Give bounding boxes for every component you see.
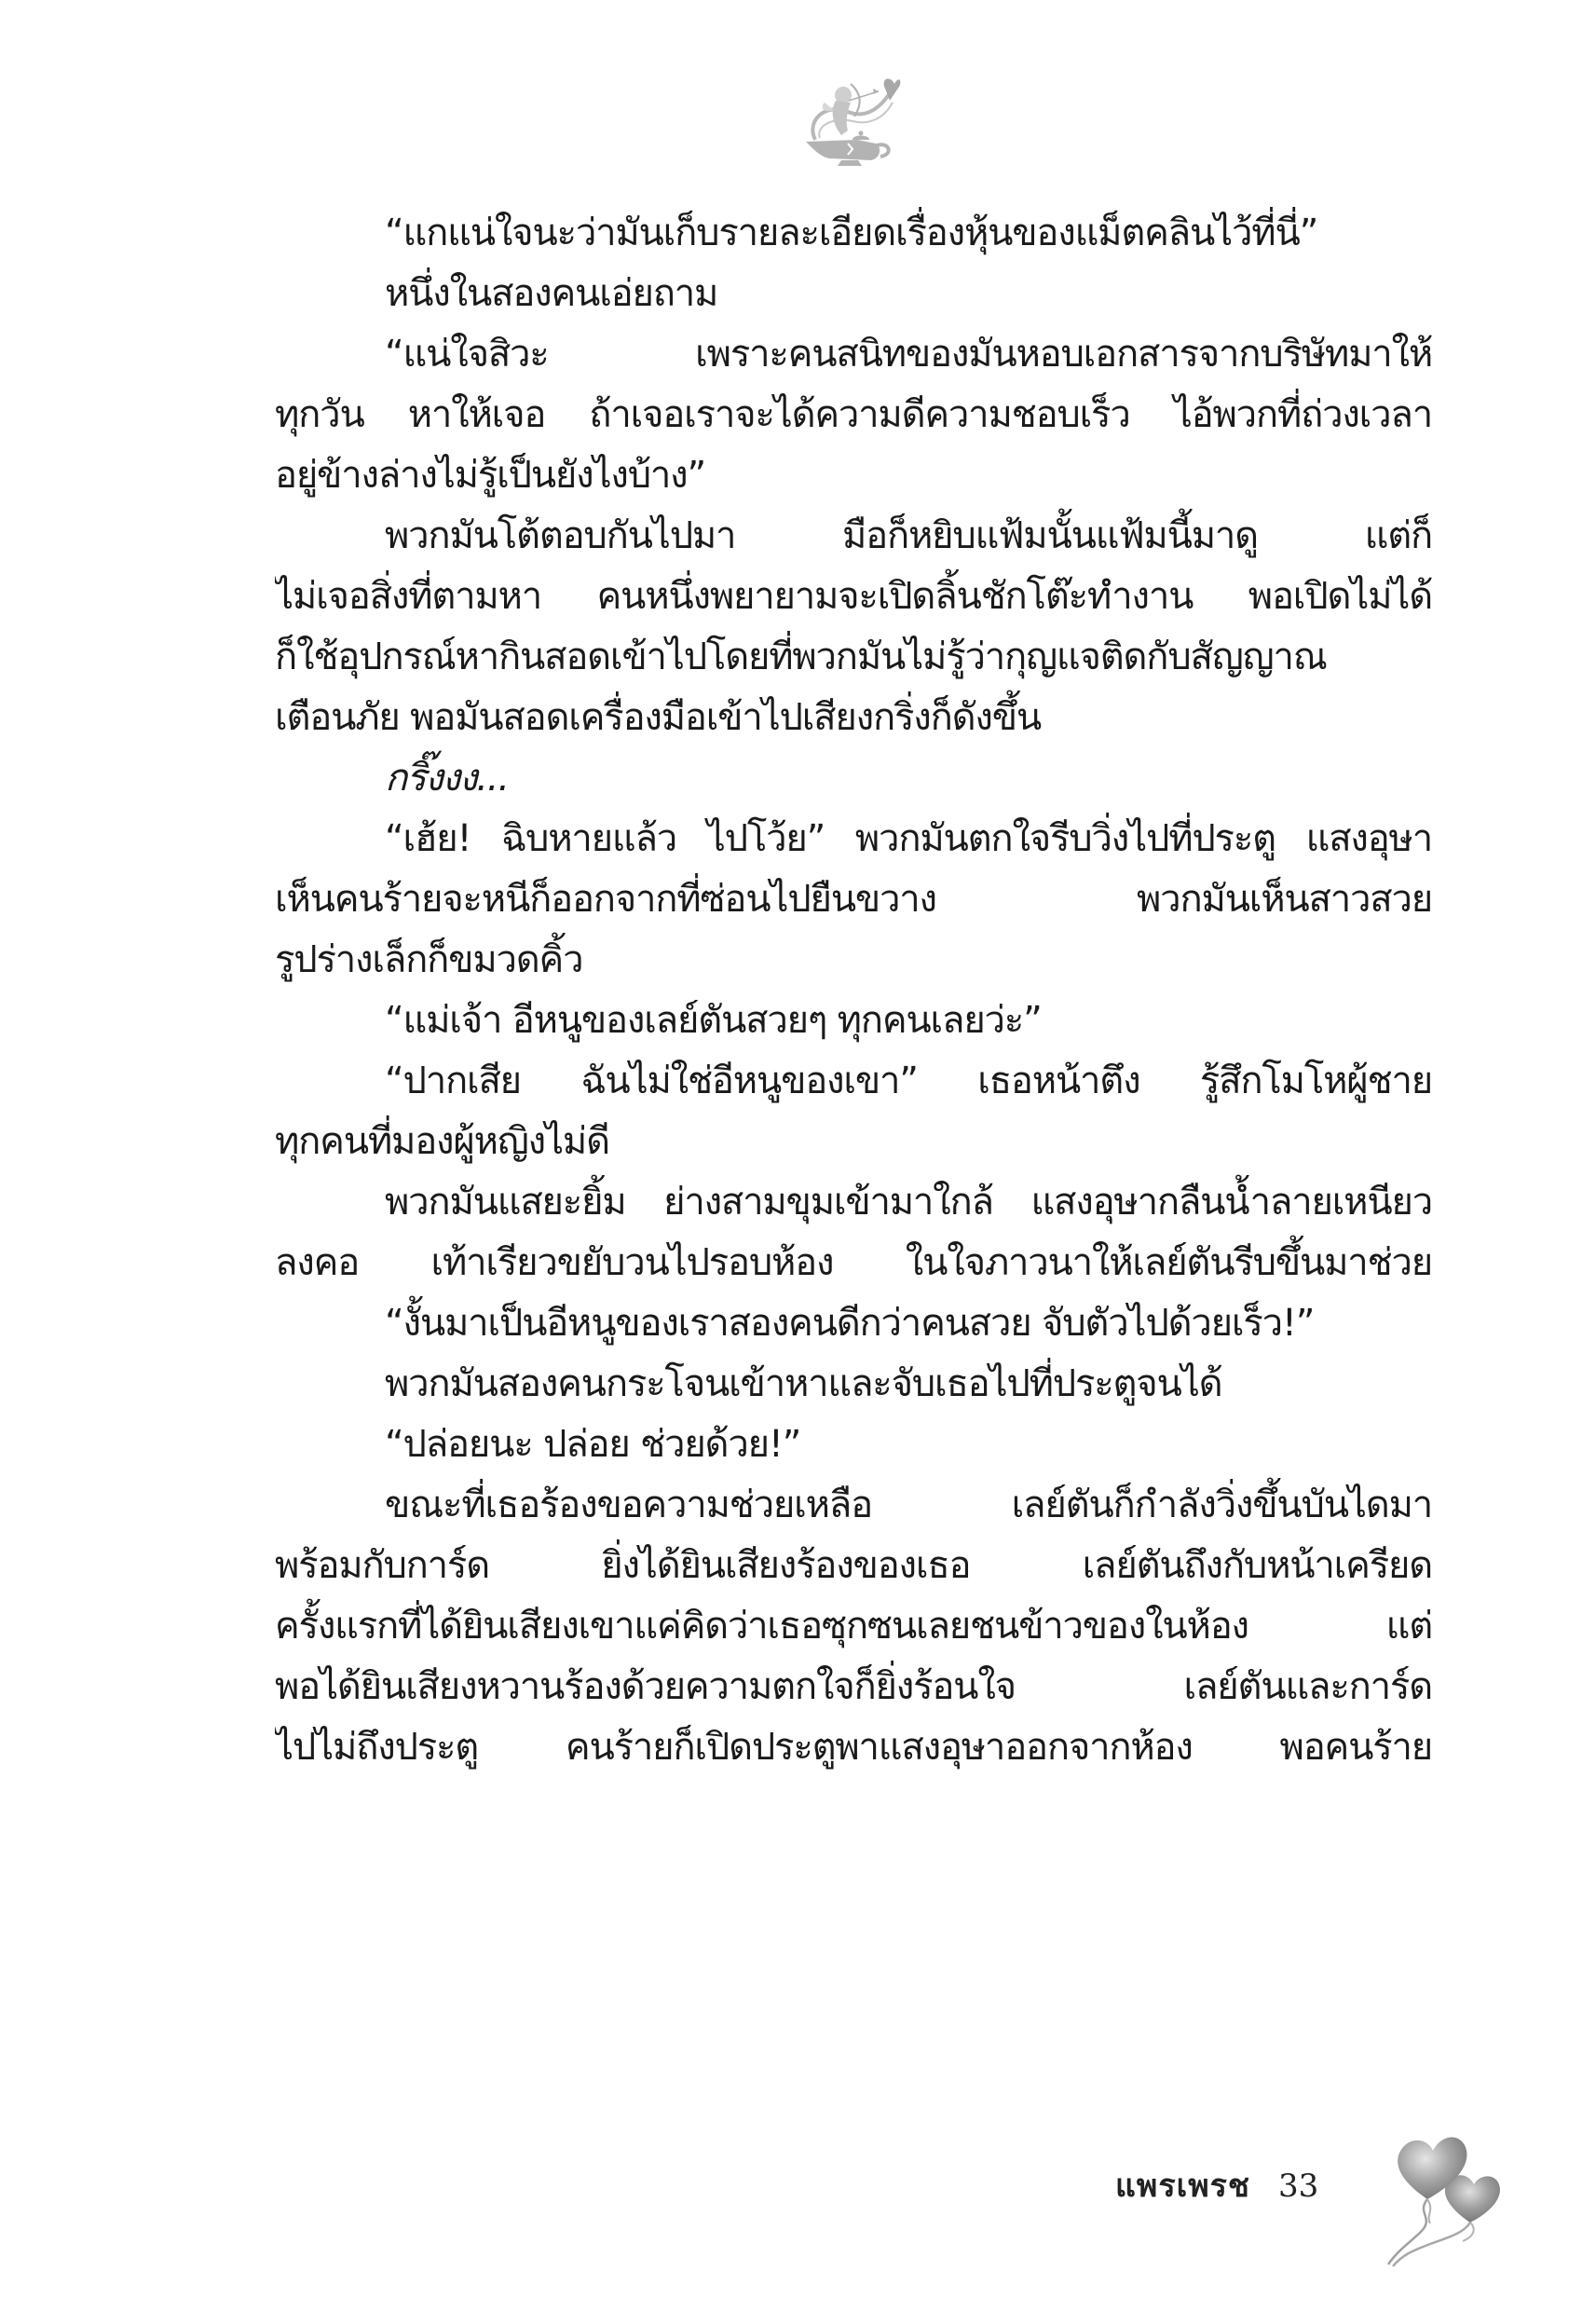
- book-title: แพรเพรช: [1115, 2160, 1250, 2210]
- text-line: ทุกคนที่มองผู้หญิงไม่ดี: [275, 1112, 1432, 1172]
- text-line: พวกมันโต้ตอบกันไปมา มือก็หยิบแฟ้มนั้นแฟ้…: [275, 506, 1432, 567]
- text-line: “แม่เจ้า อีหนูของเลย์ตันสวยๆ ทุกคนเลยว่ะ…: [275, 991, 1432, 1051]
- text-line: “ปล่อยนะ ปล่อย ช่วยด้วย!”: [275, 1415, 1432, 1475]
- text-line: ลงคอ เท้าเรียวขยับวนไปรอบห้อง ในใจภาวนาใ…: [275, 1233, 1432, 1293]
- page-footer: แพรเพรช 33: [1115, 2160, 1318, 2210]
- text-line: “งั้นมาเป็นอีหนูของเราสองคนดีกว่าคนสวย จ…: [275, 1293, 1432, 1354]
- text-line: พวกมันแสยะยิ้ม ย่างสามขุมเข้ามาใกล้ แสงอ…: [275, 1172, 1432, 1233]
- page-number: 33: [1278, 2167, 1318, 2205]
- text-line: “เฮ้ย! ฉิบหายแล้ว ไปโว้ย” พวกมันตกใจรีบว…: [275, 809, 1432, 869]
- text-line: ครั้งแรกที่ได้ยินเสียงเขาแค่คิดว่าเธอซุก…: [275, 1596, 1432, 1657]
- text-line: เห็นคนร้ายจะหนีก็ออกจากที่ซ่อนไปยืนขวาง …: [275, 869, 1432, 930]
- text-line: “แกแน่ใจนะว่ามันเก็บรายละเอียดเรื่องหุ้น…: [275, 203, 1432, 264]
- cupid-genie-lamp-icon: [797, 65, 908, 168]
- body-text: “แกแน่ใจนะว่ามันเก็บรายละเอียดเรื่องหุ้น…: [275, 203, 1432, 1778]
- text-line: พอได้ยินเสียงหวานร้องด้วยความตกใจก็ยิ่งร…: [275, 1657, 1432, 1717]
- heart-balloons-icon: [1360, 2125, 1509, 2274]
- text-line: ทุกวัน หาให้เจอ ถ้าเจอเราจะได้ความดีความ…: [275, 385, 1432, 445]
- text-line: ก็ใช้อุปกรณ์หากินสอดเข้าไปโดยที่พวกมันไม…: [275, 627, 1432, 688]
- text-line: อยู่ข้างล่างไม่รู้เป็นยังไงบ้าง”: [275, 445, 1432, 506]
- text-line: หนึ่งในสองคนเอ่ยถาม: [275, 264, 1432, 324]
- text-line: “ปากเสีย ฉันไม่ใช่อีหนูของเขา” เธอหน้าตึ…: [275, 1051, 1432, 1112]
- text-line: ขณะที่เธอร้องขอความช่วยเหลือ เลย์ตันก็กำ…: [275, 1475, 1432, 1536]
- sound-effect-line: กริ๊งงง...: [275, 748, 1432, 809]
- text-line: พร้อมกับการ์ด ยิ่งได้ยินเสียงร้องของเธอ …: [275, 1536, 1432, 1596]
- text-line: รูปร่างเล็กก็ขมวดคิ้ว: [275, 930, 1432, 991]
- text-line: “แน่ใจสิวะ เพราะคนสนิทของมันหอบเอกสารจาก…: [275, 324, 1432, 385]
- text-line: ไม่เจอสิ่งที่ตามหา คนหนึ่งพยายามจะเปิดลิ…: [275, 567, 1432, 627]
- text-line: เตือนภัย พอมันสอดเครื่องมือเข้าไปเสียงกร…: [275, 688, 1432, 748]
- text-line: ไปไม่ถึงประตู คนร้ายก็เปิดประตูพาแสงอุษา…: [275, 1717, 1432, 1778]
- text-line: พวกมันสองคนกระโจนเข้าหาและจับเธอไปที่ประ…: [275, 1354, 1432, 1415]
